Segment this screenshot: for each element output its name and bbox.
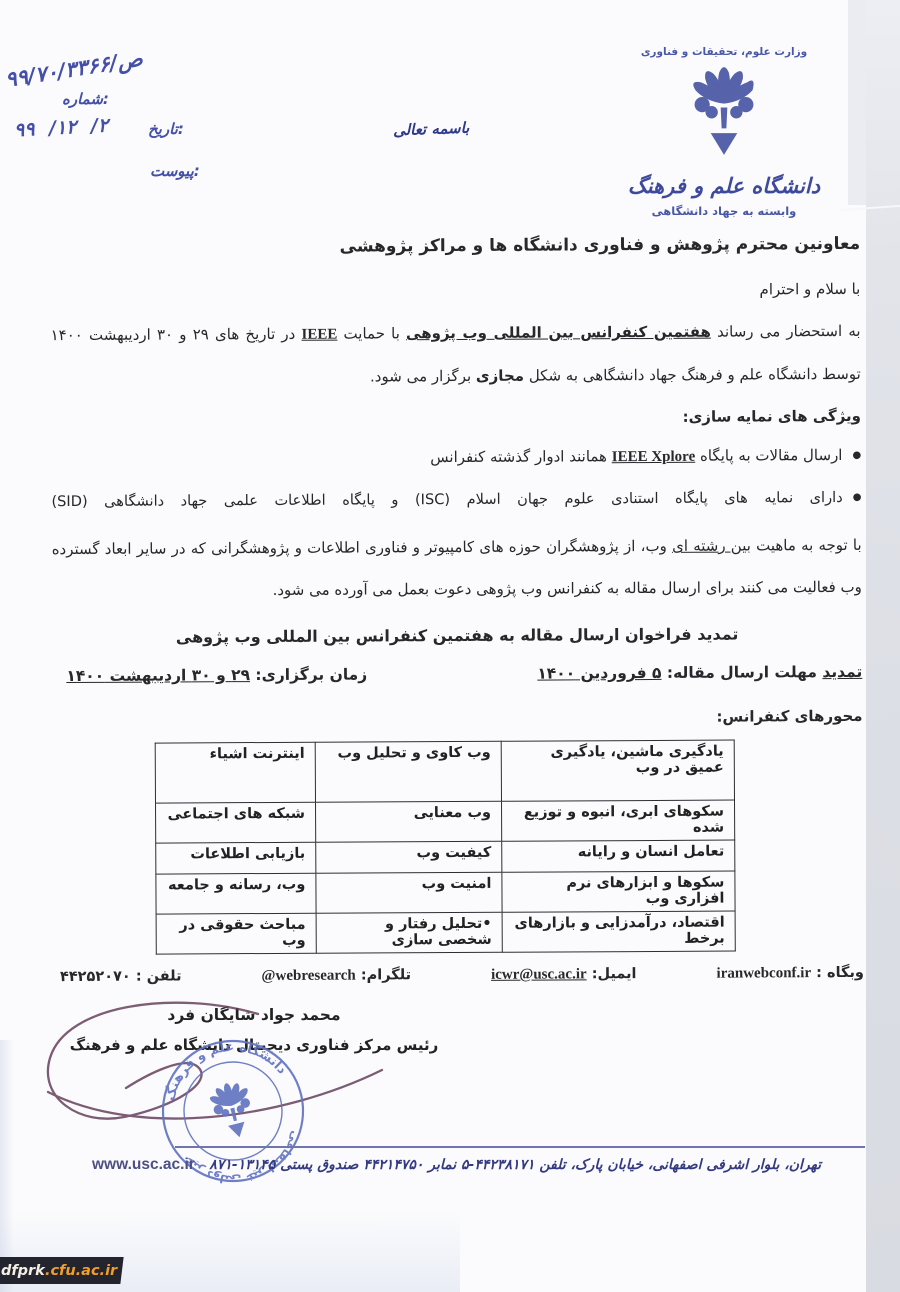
footer-divider bbox=[175, 1146, 865, 1148]
virtual-word: مجازی bbox=[476, 367, 524, 385]
bullet1-text: ارسال مقالات به پایگاه IEEE Xplore همانن… bbox=[430, 435, 842, 478]
watermark-badge: dfprk.cfu.ac.ir bbox=[0, 1257, 124, 1284]
table-cell: اقتصاد، درآمدزایی و بازارهای برخط bbox=[502, 911, 735, 952]
bullet1-text-a: ارسال مقالات به پایگاه bbox=[695, 446, 842, 465]
invitation-paragraph: با توجه به ماهیت بین رشته ای وب، از پژوه… bbox=[52, 524, 862, 612]
table-row: یادگیری ماشین، یادگیری عمیق در وب وب کاو… bbox=[155, 740, 734, 803]
event-time-date: ۲۹ و ۳۰ اردیبهشت ۱۴۰۰ bbox=[66, 666, 250, 685]
table-cell: سکوها و ابزارهای نرم افزاری وب bbox=[502, 871, 735, 912]
website-label: وبگاه : bbox=[816, 965, 864, 981]
event-time-item: زمان برگزاری: ۲۹ و ۳۰ اردیبهشت ۱۴۰۰ bbox=[66, 665, 367, 685]
phone-item: تلفن : ۴۴۲۵۲۰۷۰ bbox=[60, 968, 182, 985]
recipient-line: معاونین محترم پژوهش و فناوری دانشگاه ها … bbox=[50, 234, 860, 258]
website-value: iranwebconf.ir bbox=[716, 965, 811, 981]
p2-text-a: با توجه به ماهیت bbox=[751, 536, 862, 555]
interdisciplinary-word: بین رشته ای bbox=[672, 536, 751, 554]
deadline-word: تمدید bbox=[822, 663, 862, 681]
ieee-xplore-text: IEEE Xplore bbox=[612, 449, 696, 465]
salutation-line: با سلام و احترام bbox=[50, 280, 860, 302]
intro-text-1: به استحضار می رساند bbox=[711, 322, 861, 341]
letter-date-handwritten: ۹۹ /۱۲ /۲ bbox=[14, 113, 143, 142]
date-label: تاریخ: bbox=[148, 120, 184, 138]
features-heading: ویژگی های نمایه سازی: bbox=[51, 407, 861, 429]
topics-table: یادگیری ماشین، یادگیری عمیق در وب وب کاو… bbox=[155, 740, 736, 955]
deadline-date: ۵ فروردین ۱۴۰۰ bbox=[537, 664, 661, 683]
footer-line: تهران، بلوار اشرفی اصفهانی، خیابان پارک،… bbox=[55, 1156, 858, 1174]
telegram-item: تلگرام: @webresearch bbox=[261, 967, 411, 985]
letterhead: وزارت علوم، تحقیقات و فناوری دانشگاه علم… bbox=[614, 46, 834, 218]
feature-bullet-2: ● دارای نمایه های پایگاه استنادی علوم جه… bbox=[51, 478, 861, 524]
table-cell: وب، رسانه و جامعه bbox=[156, 873, 316, 914]
table-cell: شبکه های اجتماعی bbox=[156, 802, 316, 843]
bullet-icon: ● bbox=[853, 478, 862, 518]
table-row: تعامل انسان و رایانه کیفیت وب بازیابی اط… bbox=[156, 840, 735, 874]
table-cell: تعامل انسان و رایانه bbox=[502, 840, 735, 872]
intro-paragraph: به استحضار می رساند هفتمین کنفرانس بین ا… bbox=[50, 310, 860, 399]
letter-body: معاونین محترم پژوهش و فناوری دانشگاه ها … bbox=[50, 234, 864, 986]
email-label: ایمیل: bbox=[592, 966, 637, 982]
table-row: اقتصاد، درآمدزایی و بازارهای برخط •تحلیل… bbox=[156, 911, 735, 954]
stamp-tree-icon bbox=[205, 1078, 260, 1142]
table-cell: اینترنت اشیاء bbox=[155, 742, 315, 803]
scanned-letter-page: ص/۹۹/۷۰/۳۳۶۶ شماره: تاریخ: ۹۹ /۱۲ /۲ پیو… bbox=[0, 0, 900, 1292]
watermark-prefix: dfprk bbox=[1, 1263, 45, 1279]
topics-heading: محورهای کنفرانس: bbox=[53, 707, 863, 729]
ministry-name: وزارت علوم، تحقیقات و فناوری bbox=[614, 46, 834, 58]
phone-value: ۴۴۲۵۲۰۷۰ bbox=[60, 969, 131, 985]
ieee-text: IEEE bbox=[301, 327, 337, 343]
conference-name: هفتمین کنفرانس بین المللی وب پژوهی bbox=[406, 323, 711, 343]
watermark-suffix: .cfu.ac.ir bbox=[45, 1263, 117, 1279]
intro-text-2: با حمایت bbox=[337, 324, 406, 342]
telegram-value: @webresearch bbox=[261, 968, 355, 984]
scan-edge-right bbox=[866, 0, 900, 1292]
table-cell: کیفیت وب bbox=[316, 841, 502, 873]
bullet2-text: دارای نمایه های پایگاه استنادی علوم جهان… bbox=[51, 478, 842, 522]
footer-website: www.usc.ac.ir bbox=[92, 1156, 195, 1173]
intro-text-4: برگزار می شود. bbox=[370, 367, 476, 386]
scan-tint-left bbox=[0, 1040, 14, 1292]
footer-address: تهران، بلوار اشرفی اصفهانی، خیابان پارک،… bbox=[209, 1157, 821, 1173]
number-label: شماره: bbox=[62, 90, 109, 108]
table-cell: بازیابی اطلاعات bbox=[156, 842, 316, 874]
table-row: سکوها و ابزارهای نرم افزاری وب امنیت وب … bbox=[156, 871, 735, 914]
affiliation-text: وابسته به جهاد دانشگاهی bbox=[614, 204, 834, 218]
event-time-label: زمان برگزاری: bbox=[250, 665, 367, 684]
deadline-item: تمدید مهلت ارسال مقاله: ۵ فروردین ۱۴۰۰ bbox=[537, 663, 862, 683]
extension-heading: تمدید فراخوان ارسال مقاله به هفتمین کنفر… bbox=[52, 624, 862, 647]
university-logo-icon bbox=[676, 60, 772, 172]
attachment-label: پیوست: bbox=[150, 162, 200, 180]
table-row: سکوهای ابری، انبوه و توزیع شده وب معنایی… bbox=[156, 800, 735, 843]
table-cell: یادگیری ماشین، یادگیری عمیق در وب bbox=[501, 740, 734, 801]
email-value: icwr@usc.ac.ir bbox=[491, 966, 587, 983]
bullet-icon: ● bbox=[852, 436, 861, 476]
table-cell: وب کاوی و تحلیل وب bbox=[315, 741, 501, 802]
contact-row: وبگاه : iranwebconf.ir ایمیل: icwr@usc.a… bbox=[54, 965, 864, 986]
table-cell: سکوهای ابری، انبوه و توزیع شده bbox=[501, 800, 734, 841]
email-item: ایمیل: icwr@usc.ac.ir bbox=[491, 966, 637, 984]
table-cell: امنیت وب bbox=[316, 872, 502, 913]
letter-number-handwritten: ص/۹۹/۷۰/۳۳۶۶ bbox=[4, 32, 235, 92]
university-name: دانشگاه علم و فرهنگ bbox=[614, 174, 834, 198]
telegram-label: تلگرام: bbox=[361, 967, 411, 983]
table-cell: وب معنایی bbox=[315, 801, 501, 842]
phone-label: تلفن : bbox=[136, 968, 182, 984]
table-cell: مباحث حقوقی در وب bbox=[156, 913, 316, 954]
table-cell: •تحلیل رفتار و شخصی سازی bbox=[316, 912, 502, 953]
deadline-row: تمدید مهلت ارسال مقاله: ۵ فروردین ۱۴۰۰ ز… bbox=[52, 663, 862, 685]
deadline-label: مهلت ارسال مقاله: bbox=[661, 663, 822, 682]
bullet1-text-c: همانند ادوار گذشته کنفرانس bbox=[430, 447, 612, 466]
website-item: وبگاه : iranwebconf.ir bbox=[716, 965, 863, 983]
feature-bullet-1: ● ارسال مقالات به پایگاه IEEE Xplore هما… bbox=[51, 435, 861, 482]
besmellah-text: باسمه تعالی bbox=[393, 119, 470, 140]
